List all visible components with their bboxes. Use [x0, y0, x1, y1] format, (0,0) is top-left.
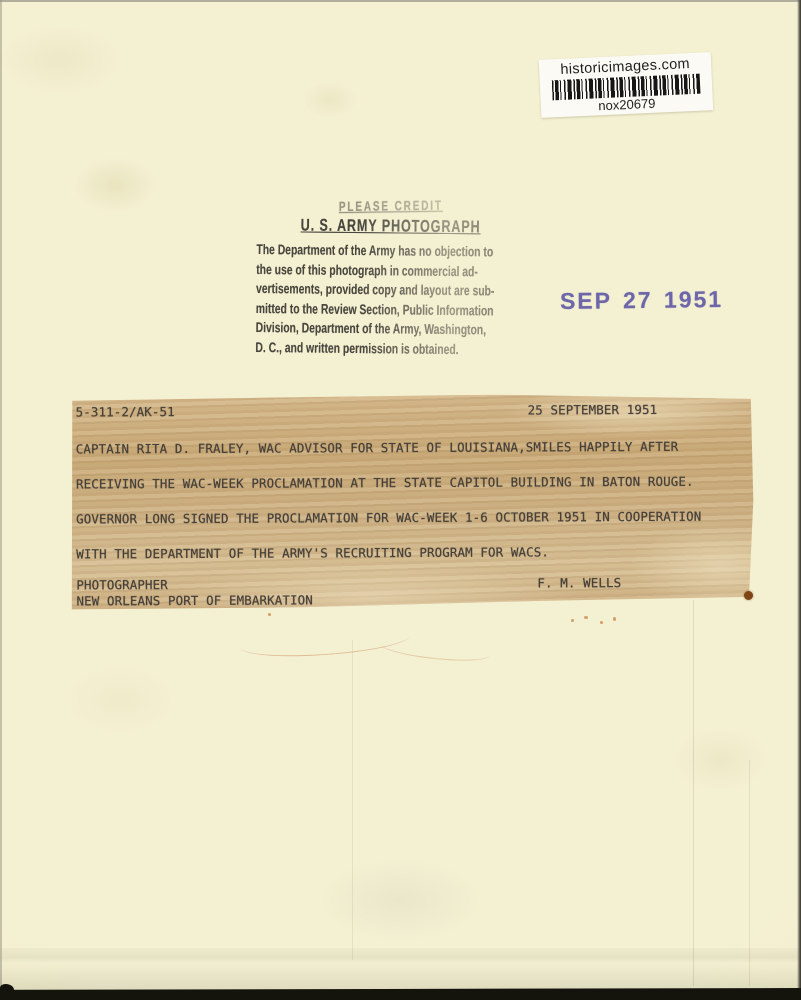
- stamp-body-line: vertisements, provided copy and layout a…: [256, 279, 524, 301]
- photo-back-scan: historicimages.com nox20679 PLEASE CREDI…: [0, 0, 801, 1000]
- scan-corner-mark: [0, 984, 14, 994]
- caption-line: CAPTAIN RITA D. FRALEY, WAC ADVISOR FOR …: [76, 439, 678, 457]
- barcode-code-text: nox20679: [598, 96, 656, 112]
- caption-line: RECEIVING THE WAC-WEEK PROCLAMATION AT T…: [76, 474, 694, 492]
- paper-crease: [352, 640, 353, 960]
- rust-speck: [600, 621, 603, 624]
- stamp-body: The Department of the Army has no object…: [255, 240, 524, 360]
- caption-line: GOVERNOR LONG SIGNED THE PROCLAMATION FO…: [76, 509, 701, 527]
- caption-label: 5-311-2/AK-51 25 SEPTEMBER 1951 CAPTAIN …: [70, 394, 755, 611]
- barcode-sticker: historicimages.com nox20679: [539, 52, 713, 118]
- date-stamp: SEP 27 1951: [560, 286, 723, 315]
- stamp-title: U. S. ARMY PHOTOGRAPH: [257, 215, 525, 238]
- rust-stain-dot: [744, 591, 753, 600]
- negative-number: 5-311-2/AK-51: [76, 404, 175, 419]
- rust-speck: [268, 613, 271, 616]
- scan-edge-left: [0, 0, 2, 1000]
- stamp-body-line: Division, Department of the Army, Washin…: [256, 318, 524, 340]
- stamp-body-line: D. C., and written permission is obtaine…: [255, 337, 523, 359]
- stamp-credit-line: PLEASE CREDIT: [257, 197, 525, 216]
- photographer-label: PHOTOGRAPHER: [76, 577, 168, 592]
- paper-crease: [749, 760, 750, 986]
- caption-date: 25 SEPTEMBER 1951: [528, 402, 658, 418]
- stamp-body-line: The Department of the Army has no object…: [256, 240, 524, 262]
- scan-edge-top: [0, 0, 801, 2]
- rust-speck: [613, 617, 616, 621]
- army-stamp: PLEASE CREDIT U. S. ARMY PHOTOGRAPH The …: [255, 197, 525, 360]
- rust-speck: [571, 619, 574, 622]
- scan-edge-bottom: [0, 988, 801, 1000]
- rust-scratch-mark: [379, 634, 490, 664]
- caption-line: WITH THE DEPARTMENT OF THE ARMY'S RECRUI…: [76, 544, 549, 561]
- scan-shadow-bottom: [0, 961, 801, 989]
- unit-name: NEW ORLEANS PORT OF EMBARKATION: [76, 592, 312, 608]
- photographer-name: F. M. WELLS: [537, 575, 621, 590]
- barcode-icon: [552, 73, 701, 100]
- rust-speck: [584, 616, 588, 619]
- scan-edge-right: [797, 0, 801, 1000]
- paper-crease: [693, 600, 694, 986]
